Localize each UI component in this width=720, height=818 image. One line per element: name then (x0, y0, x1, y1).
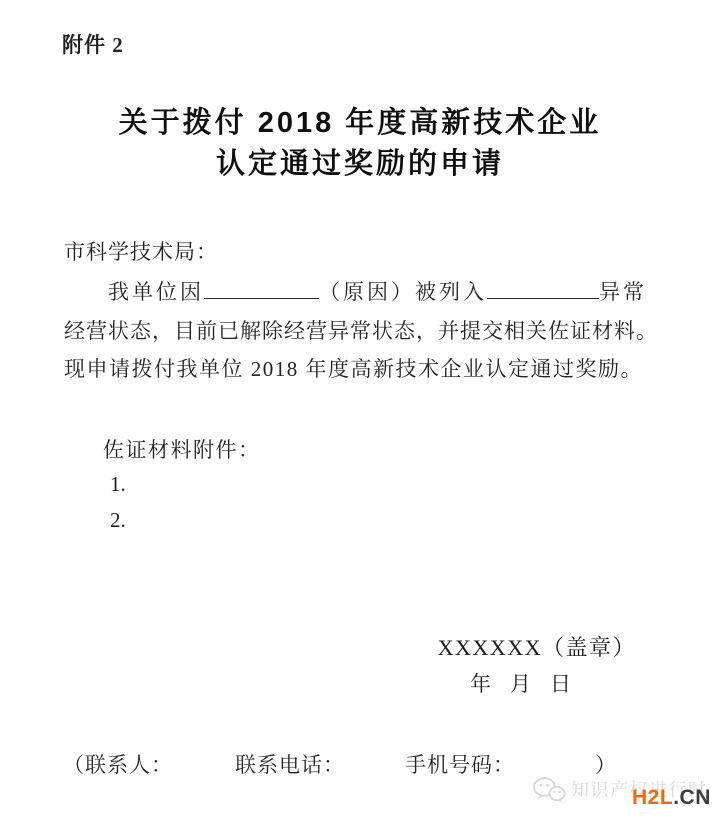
signature-seal-line: XXXXXX（盖章） (438, 631, 636, 662)
document-title: 关于拨付 2018 年度高新技术企业 认定通过奖励的申请 (0, 103, 720, 185)
blank-field-reason (204, 279, 319, 299)
document-page: 附件 2 关于拨付 2018 年度高新技术企业 认定通过奖励的申请 市科学技术局… (0, 0, 720, 818)
paragraph-line-1: 我单位因（原因）被列入异常 (108, 276, 668, 306)
salutation: 市科学技术局： (64, 236, 218, 266)
paragraph-seg-between-blanks: （原因）被列入 (319, 280, 487, 304)
attachment-label: 附件 2 (62, 29, 124, 59)
contact-person-label: （联系人： (63, 749, 173, 779)
title-line-2: 认定通过奖励的申请 (0, 144, 720, 185)
brand-suffix: .CN (673, 786, 711, 809)
date-year-label: 年 (470, 668, 491, 698)
attachment-item-2: 2. (110, 508, 126, 533)
paragraph-seg-after-blank2: 异常 (599, 280, 647, 304)
paragraph-line-3: 现申请拨付我单位 2018 年度高新技术企业认定通过奖励。 (64, 353, 664, 383)
attachments-label: 佐证材料附件： (103, 434, 261, 464)
wechat-icon (532, 776, 566, 811)
paragraph-seg-before-blank1: 我单位因 (108, 280, 204, 304)
blank-field-list-name (487, 279, 599, 299)
date-month-label: 月 (510, 668, 531, 698)
signature-date-line: 年 月 日 (470, 668, 571, 698)
paragraph-line-2: 经营状态，目前已解除经营异常状态，并提交相关佐证材料。 (64, 315, 664, 345)
brand-highlight: H2L (632, 786, 673, 809)
watermark-brand: H2L.CN (632, 786, 711, 810)
contact-phone-label: 联系电话： (235, 749, 345, 779)
mobile-number-label: 手机号码： (405, 749, 515, 779)
title-line-1: 关于拨付 2018 年度高新技术企业 (0, 103, 720, 144)
publisher-watermark: 知识产权进行时 H2L.CN (530, 773, 720, 811)
date-day-label: 日 (550, 668, 571, 698)
open-paren: （ (63, 753, 85, 777)
attachment-item-1: 1. (110, 472, 126, 497)
